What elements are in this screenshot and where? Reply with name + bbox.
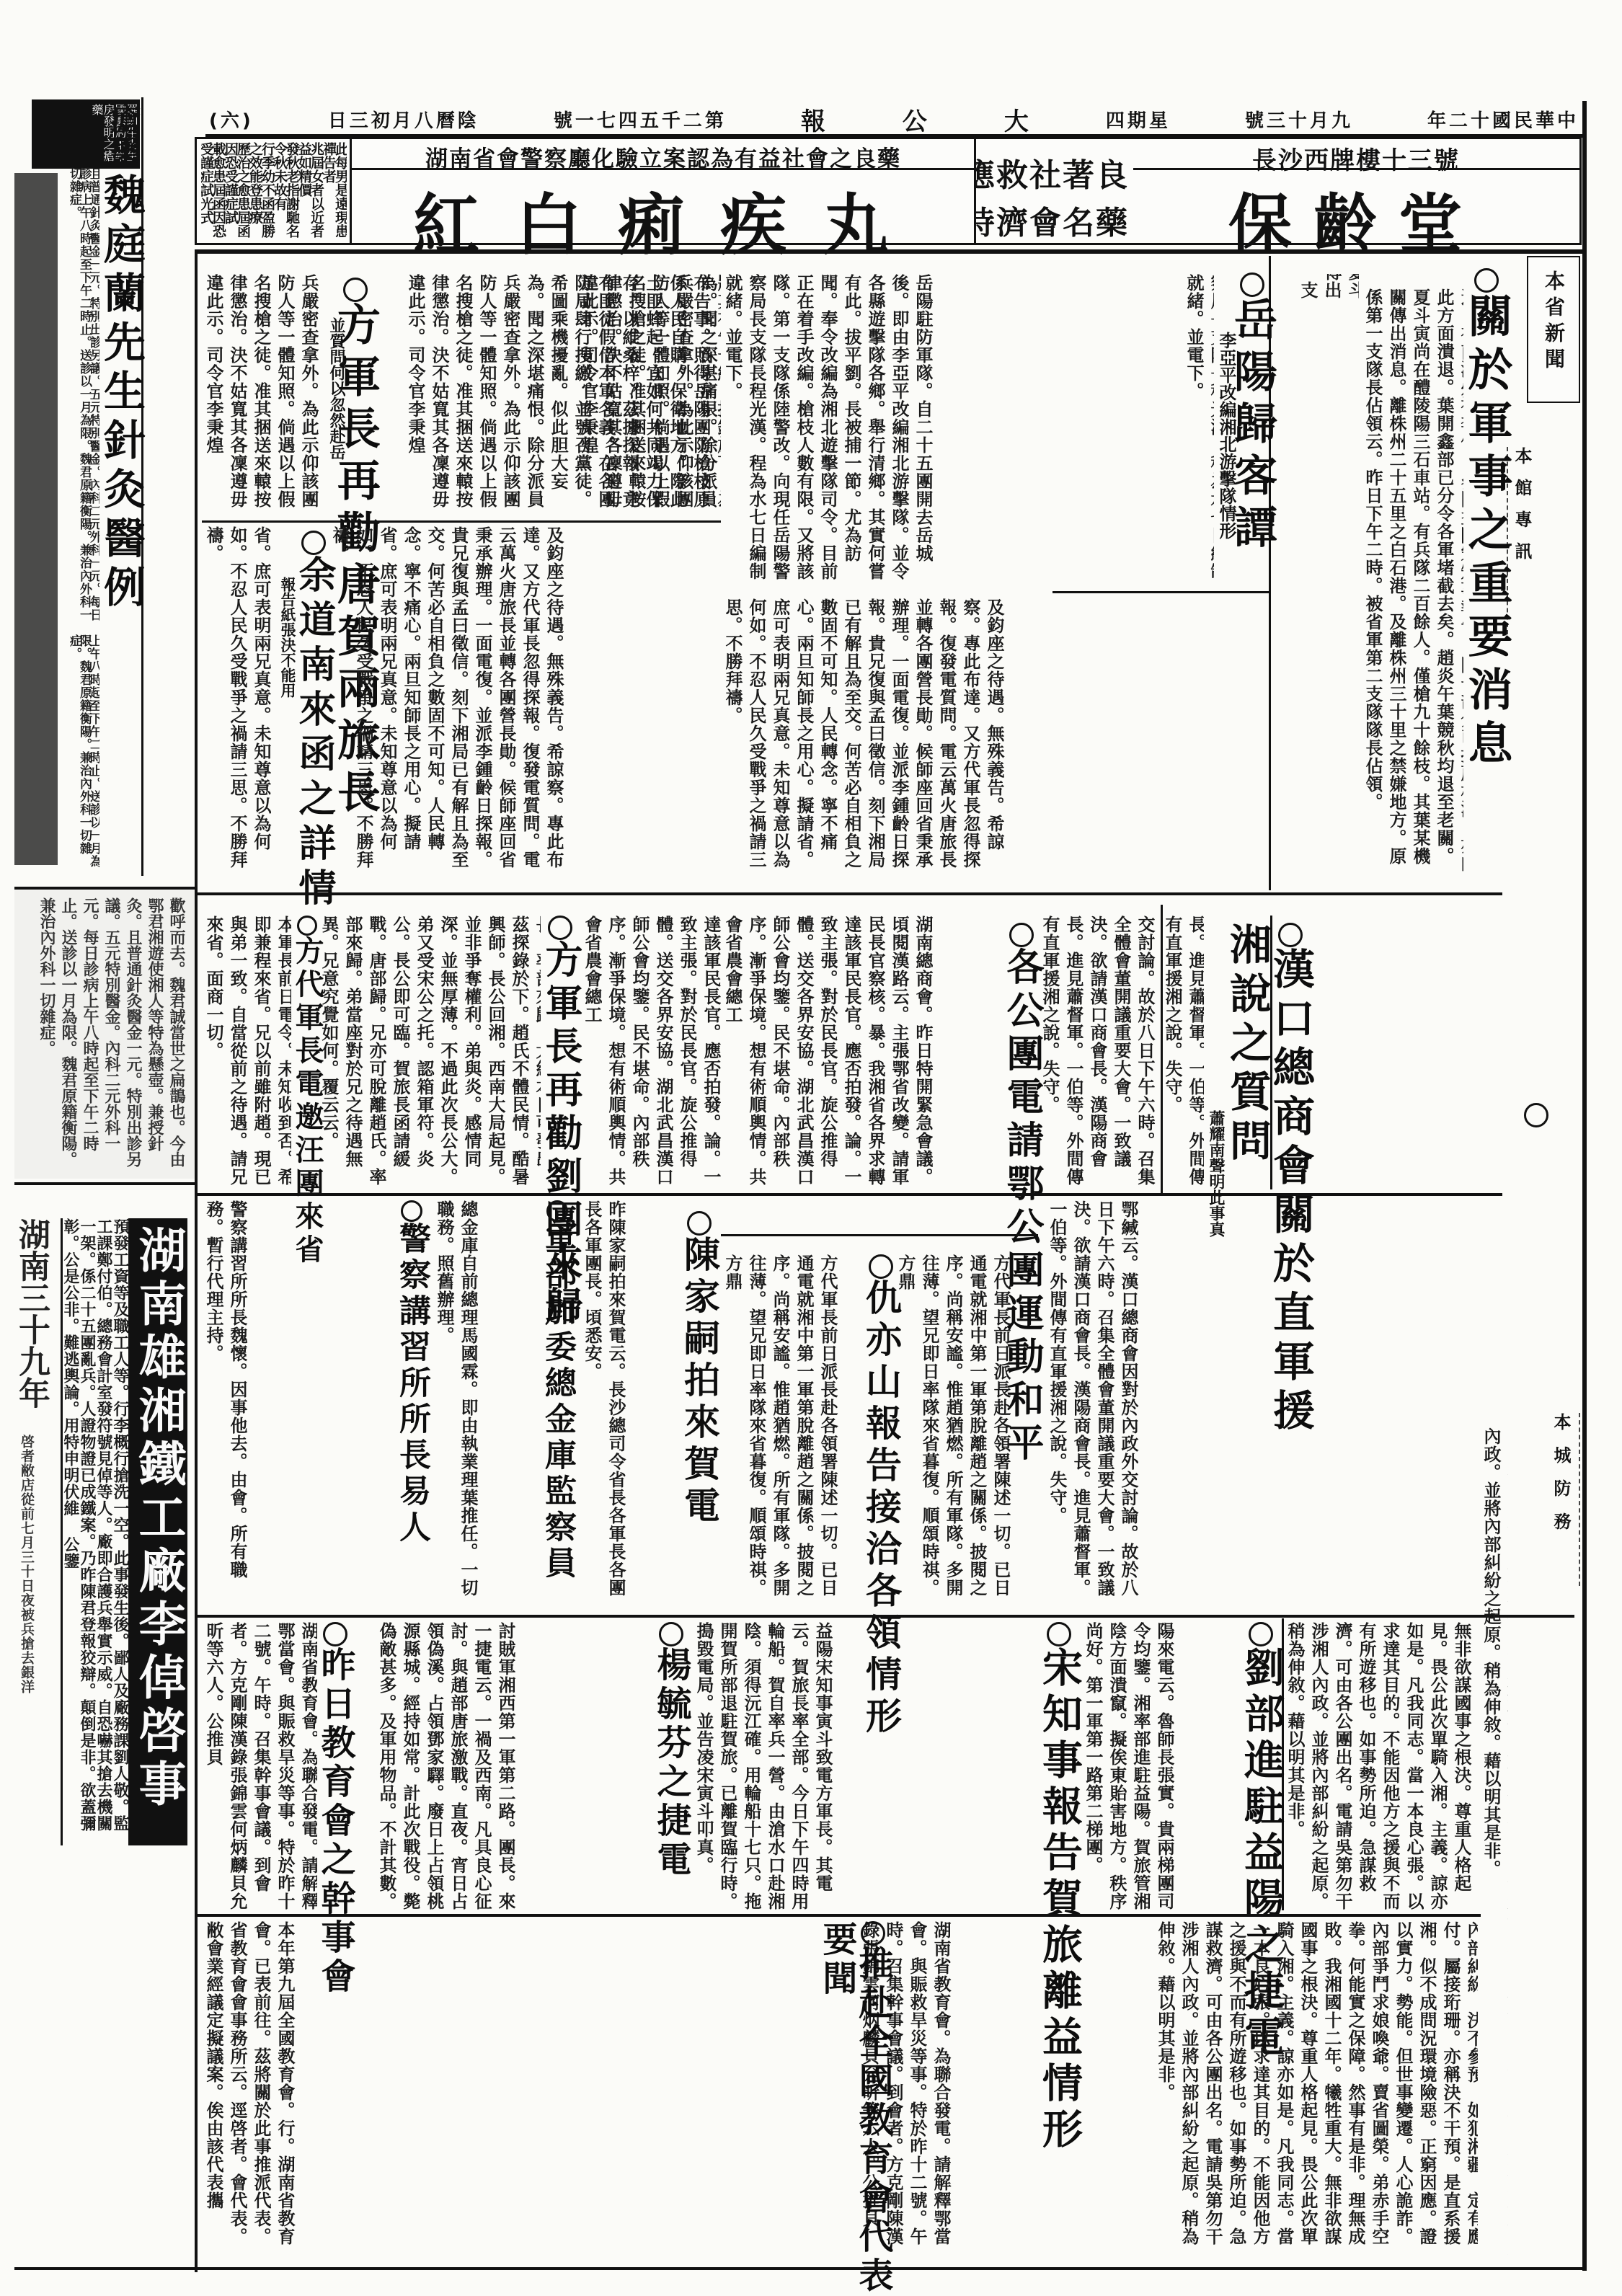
headline-bullet-icon <box>1009 923 1034 947</box>
article-military-news-body: 昨據各方面所得消息如左。唐生智軍隊。自常德失守後。即向益陽方面潰退。在南湖州被李… <box>1361 288 1463 879</box>
masthead-republic-year: 年二十國民華中 <box>1427 106 1579 133</box>
subhead-yu-daonan: 報告紙張決不能用 <box>277 577 298 743</box>
headline-bullet-icon <box>1524 1103 1548 1127</box>
masthead-page-number: (六) <box>209 106 254 133</box>
headline-bullet-icon <box>869 1254 893 1279</box>
headline-military-news: 關於軍事之重要消息 <box>1463 268 1510 773</box>
article-song-report-body: 益陽宋知事寅斗致電方軍長。其電云。賀旅長率全部。今日下午四時用輪船。賀自率兵一營… <box>692 1622 1038 1910</box>
ad-store-notice-title: 湖南三十九年 <box>14 1218 58 1427</box>
article-chouyi-body-2: 方代軍長前日派長赴各領署陳述一切。已日通電就湘中第一軍第脫離趙之關係。披閱之序。… <box>721 1254 858 1600</box>
ad-acupuncture-title: 魏庭蘭先生針灸醫例 <box>99 173 143 865</box>
article-xiang-members-lead: 伯雄軍長督鑒。來函電敬悉我湘本可為中堅省份。迄今尚爾內訌。殊堪浩嘆。弟前以提公田… <box>1479 1427 1508 2256</box>
article-yu-daonan-lead: 及鈞座之待遇。無殊義告。希諒察。專此布達。又方代軍長忽得探報。復發電質問。電云萬… <box>721 598 1052 883</box>
rule <box>1161 905 1163 1193</box>
headline-police-school: 警察講習所所長易人 <box>395 1200 428 1546</box>
article-hankou-chamber-continued: 鄂緘云。漢口總商會因對於內政外交討論。故於八日下午六時。召集全體會董開議重要大會… <box>1045 1200 1507 1611</box>
ad-middle-left-placeholder: 歡呼而去。魏君誠當世之扁鵲也。今由鄂君湘遊使湘人等特為懸壺。兼授針灸。且普通針灸… <box>14 890 195 1179</box>
left-ads-divider <box>14 887 195 890</box>
article-education-meeting-body: 湖南省教育會。為聯合發電。請解釋鄂當會。與賑救旱災等事。特於昨十二號。午時。召集… <box>202 1622 317 1910</box>
article-peace-telegram-body: 湖南總商會。昨日特開緊急會議。頃閱漢路云。主張鄂省改變。請軍民長官察核。暴。我湘… <box>721 916 1002 1189</box>
section-tag-city-defense: 本城防務 <box>1550 1413 1580 1586</box>
headline-bullet-icon <box>861 1921 885 1946</box>
article-fang-invite-body: 汪團長荃莊鑒。聞桃源已入寧鄉。本軍長前日電令。未知收到否。希即兼程來省。兄以前雖… <box>202 916 291 1189</box>
left-ads-divider <box>14 1182 195 1185</box>
headline-bullet-icon <box>687 1211 712 1236</box>
masthead-title-char-gong: 公 <box>903 102 930 137</box>
headline-bullet-icon <box>548 916 572 940</box>
newspaper-page: (六) 日三初月八曆陰 號一七四五千二第 報 公 大 四期星 號三十月九 年二十… <box>0 0 1622 2296</box>
headline-yang-huifen: 楊毓芬之捷電 <box>653 1622 689 1880</box>
headline-bullet-icon <box>1249 1622 1273 1646</box>
article-education-continued: 湖南省教育會。為聯合發電。請解釋鄂當會。與賑救旱災等事。特於昨十二號。午時。召集… <box>858 1921 1153 2260</box>
ad-divider <box>1133 168 1579 170</box>
ad-store-notice-body: 啓者敝店從前七月三十日夜被兵搶去銀洋 <box>19 1435 55 2264</box>
headline-bullet-icon <box>1474 268 1499 293</box>
headline-army-bureau: 軍部加委總金庫監察員 <box>541 1200 574 1582</box>
masthead-issue-number: 號一七四五千二第 <box>554 106 727 133</box>
headline-bullet-icon <box>1047 1622 1071 1646</box>
headline-xiang-members <box>1514 1103 1559 1127</box>
rule <box>1052 591 1269 593</box>
article-army-bureau-body: 總金庫自前總理馬國霖。即由執業理葉推任。一切職務。照舊辦理。 <box>433 1200 541 1611</box>
masthead: (六) 日三初月八曆陰 號一七四五千二第 報 公 大 四期星 號三十月九 年二十… <box>209 107 1579 131</box>
article-liu-dengyang-body: 陽來電云。魯師長張實。貴兩梯團司令均鑒。湘率部進駐益陽。賀旅管湘陰方面潰竄。擬俟… <box>1081 1622 1240 1910</box>
subhead-yueyang-visitor: 李亞平改編湘北游擊隊情形 <box>1214 332 1239 548</box>
ad-iron-works-body: 預發工資等及職工人等。行李概行搶洗一空。此事發生後。鄙人及廠務課劉人敬。監工課鄭… <box>62 1218 128 1845</box>
article-yu-daonan-body: 及鈞座之待遇。無殊義告。希諒察。專此布達。又方代軍長忽得探報。復發電質問。電云萬… <box>328 526 721 879</box>
row-divider <box>198 1193 1502 1196</box>
masthead-lunar-date: 日三初月八曆陰 <box>328 106 479 133</box>
rule <box>61 1218 63 1845</box>
headline-bullet-icon <box>343 278 368 302</box>
ads-bottom-rule <box>195 249 1586 254</box>
ad-baoling-address: 長沙西牌樓十三號 <box>1140 141 1572 176</box>
page-right-border <box>1582 101 1587 2271</box>
row-divider <box>198 1914 1481 1917</box>
ad-faded-vertical-banner <box>14 173 58 865</box>
headline-bullet-icon <box>301 531 326 555</box>
masthead-title-char-bao: 報 <box>801 102 828 137</box>
page-bottom-border <box>14 2267 1586 2270</box>
article-yang-huifen-body: 討賊軍湘西第一軍第二路。團長。來一捷電云。一禍及西南。凡具良心征討。與趙部唐旅激… <box>375 1622 653 1910</box>
ad-divider <box>352 168 976 170</box>
article-fang-army-body-top2: 北遊擊司令等因。自應欽令優渥。未敢固辭。業經編制就緒。一面嚴加訓練。以備雞鳴。一… <box>577 274 721 519</box>
headline-bullet-icon <box>659 1622 683 1646</box>
article-yu-daonan-tail: 及鈞座之待遇。無殊義告。希諒察。專此布達。又方代軍長忽得探報。復發電質問。電云萬… <box>202 526 274 879</box>
headline-bullet-icon <box>1278 923 1303 947</box>
article-chouyi-body: 方代軍長前日派長赴各領署陳述一切。已日通電就湘中第一軍第脫離趙之關係。披閱之序。… <box>894 1254 1038 1600</box>
article-chen-shaoji-body: 昨陳家嗣拍來賀電云。長沙總司令省長各軍長各團長各軍團長。頃悉安。 <box>580 1200 678 1611</box>
article-fang-army-body-tail: 北遊擊司令等因。自應欽令優渥。未敢固辭。業經編制就緒。一面嚴加訓練。以備雞鳴。一… <box>202 274 324 519</box>
left-column-main-rule <box>195 254 198 2272</box>
article-yueyang-visitor-lead: 岳陽駐防軍隊。自二十五團開去岳城後。即由李亞平改編湘北游擊隊。並令各縣遊擊隊各鄉… <box>1182 274 1214 584</box>
masthead-title-char-da: 大 <box>1004 102 1032 137</box>
section-tag-local-news: 本省新聞 <box>1527 256 1580 403</box>
rule <box>721 1234 1038 1236</box>
headline-bullet-icon <box>297 916 317 936</box>
ad-iron-works-title: 湖南雄湘鐵工廠李倬啓事 <box>133 1225 183 1845</box>
article-hankou-chamber-body: 鄂緘云。漢口總商會因對於內政外交討論。故於八日下午六時。召集全體會董開議重要大會… <box>1161 916 1204 1189</box>
headline-bullet-icon <box>546 1200 568 1222</box>
ad-iron-works-title-panel: 湖南雄湘鐵工廠李倬啓事 <box>128 1218 187 1845</box>
headline-national-education: 推赴全國教育會代表要聞 <box>819 1921 891 2296</box>
article-national-education-body: 本年第九屆全國教育會。行。湖南省教育會。已表前往。茲將關於此事推派代表。省教育會… <box>202 1921 819 2260</box>
rule <box>202 520 721 523</box>
headline-yu-daonan: 余道南來函之詳情 <box>294 531 333 913</box>
article-yueyang-visitor-body: 岳陽駐防軍隊。自二十五團開去岳城後。即由李亞平改編湘北游擊隊。並令各縣遊擊隊各鄉… <box>721 274 1182 591</box>
row-divider <box>198 1615 1574 1618</box>
article-hankou-chamber-body-2: 鄂緘云。漢口總商會因對於內政外交討論。故於八日下午六時。召集全體會董開議重要大會… <box>1038 916 1161 1189</box>
article-fang-return-body: 聞方軍長昨又擬一函致劉璧如團長。率部來歸。大約本日可發出。茲探錄於下。趙氏不體民… <box>317 916 541 1189</box>
ad-acupuncture-body: 歡呼而去。魏君誠當世之扁鵲也。今由鄂君湘遊使湘人等特為懸壺。兼授針灸。且普通針灸… <box>69 167 99 621</box>
article-peace-telegram-body-2: 湖南總商會。昨日特開緊急會議。頃閱漢路云。主張鄂省改變。請軍民長官察核。暴。我湘… <box>580 916 721 1189</box>
article-letter-right-top <box>1507 901 1564 1103</box>
headline-bullet-icon <box>401 1200 422 1222</box>
article-police-school-body: 警察講習所所長魏懷。因事他去。由會。所有職務。暫行代理主持。 <box>202 1200 395 1611</box>
article-xiang-members-continued: 伯雄軍長督鑒。來函電敬悉我湘本可為中堅省份。迄今尚爾內訌。殊堪浩嘆。弟前以提公田… <box>1153 1921 1478 2260</box>
article-letter-excerpt <box>1052 598 1269 883</box>
masthead-date: 號三十月九 <box>1245 106 1353 133</box>
ad-acupuncture-note: 歡呼而去。魏君誠當世之扁鵲也。今由鄂君湘遊使湘人等特為懸壺。兼授針灸。且普通針灸… <box>69 634 99 879</box>
article-xiang-members-body: 伯雄軍長督鑒。來函電敬悉我湘本可為中堅省份。迄今尚爾內訌。殊堪浩嘆。弟前以提公田… <box>1283 1622 1478 1910</box>
article-military-news-continued: 昨據各方面所得消息如左。唐生智軍隊。自常德失守後。即向益陽方面潰退。在南湖州被李… <box>1272 274 1359 879</box>
headline-chen-shaoji: 陳家嗣拍來賀電 <box>681 1211 718 1528</box>
masthead-weekday: 四期星 <box>1106 106 1171 133</box>
ad-baoling-tang: 長沙西牌樓十三號 保齡堂 <box>1130 137 1582 245</box>
subhead-fang-army-tang: 並質問何以忽然赴岳 <box>326 317 348 490</box>
ad-hongbai-description: 此每男是遠現患禪告者 兆屆女者以近者益如精價 發秋老指謝馳名令秋未故有 行季幼不… <box>201 142 347 243</box>
headline-bullet-icon <box>1240 272 1264 297</box>
ad-sore-medicine-label: 瘡藥 <box>105 99 141 169</box>
ad-divider <box>350 139 352 243</box>
ad-seasonal-medicine: 秋應救社著良 季時濟會名藥 <box>973 137 1133 245</box>
headline-bullet-icon <box>323 1622 347 1646</box>
row-divider <box>198 892 1502 895</box>
ad-hongbai-liji-wan: 此每男是遠現患禪告者 兆屆女者以近者益如精價 發秋老指謝馳名令秋未故有 行季幼不… <box>195 137 976 245</box>
